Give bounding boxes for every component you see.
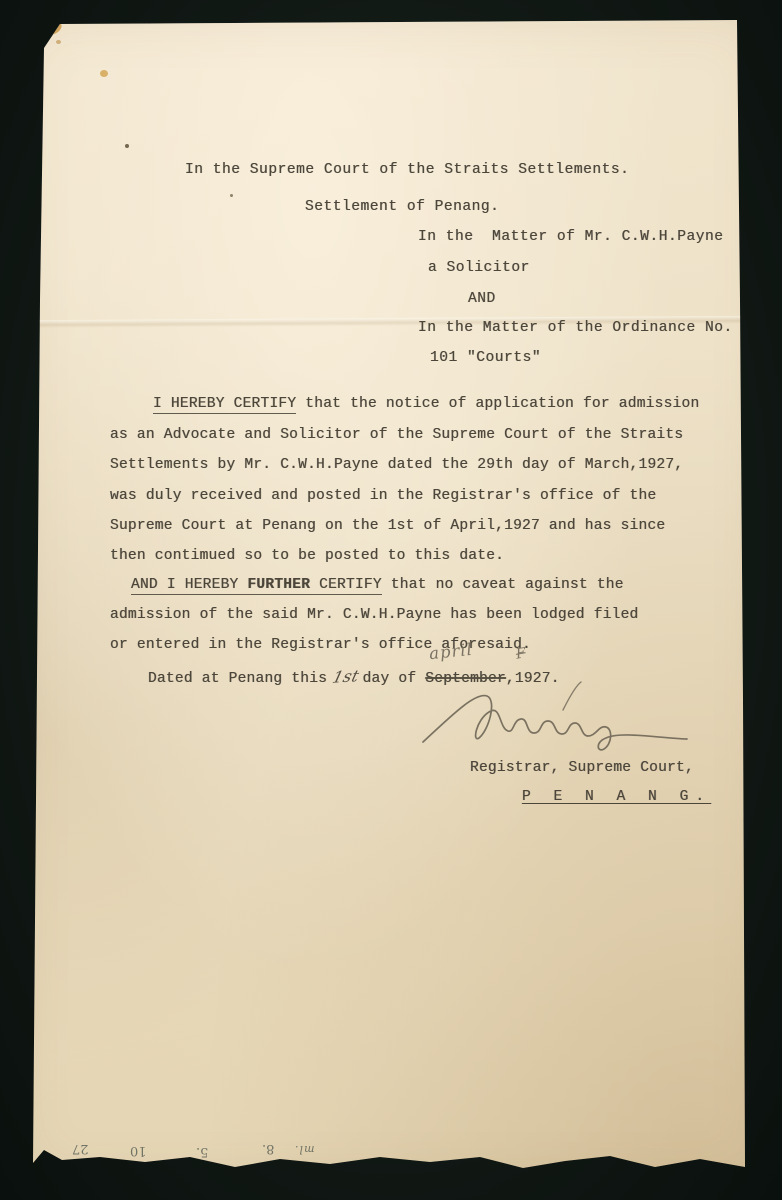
registrar-signature xyxy=(415,680,695,765)
certify2-line-1: AND I HEREBY FURTHER CERTIFY that no cav… xyxy=(131,578,624,593)
pencil-mark: 27 xyxy=(72,1141,89,1156)
heading-settlement-line: Settlement of Penang. xyxy=(305,200,499,215)
heading-matter-line-1: In the Matter of Mr. C.W.H.Payne xyxy=(418,230,724,245)
certify1-line-5: Supreme Court at Penang on the 1st of Ap… xyxy=(110,519,665,534)
ink-speck xyxy=(230,194,233,197)
heading-and-line: AND xyxy=(468,292,496,307)
certify2-lead-a: AND I HEREBY xyxy=(131,577,247,593)
certify1-line-2: as an Advocate and Solicitor of the Supr… xyxy=(110,428,683,443)
rust-stain xyxy=(56,40,61,44)
heading-matter-line-2: a Solicitor xyxy=(428,261,530,276)
certify2-line-2: admission of the said Mr. C.W.H.Payne ha… xyxy=(110,608,639,623)
photo-background: In the Supreme Court of the Straits Sett… xyxy=(0,0,782,1200)
certify1-line-4: was duly received and posted in the Regi… xyxy=(110,489,656,504)
dateline-prefix: Dated at Penang this xyxy=(148,671,327,687)
heading-ordinance-line: In the Matter of the Ordinance No. xyxy=(418,321,733,336)
certify2-lead-underlined: AND I HEREBY FURTHER CERTIFY xyxy=(131,577,382,595)
pencil-mark: 10 xyxy=(130,1143,147,1158)
document-paper: In the Supreme Court of the Straits Sett… xyxy=(0,0,782,1200)
handwritten-month-correction: april xyxy=(428,640,474,663)
certify2-lead-further: FURTHER xyxy=(247,577,310,593)
rust-stain xyxy=(42,19,63,37)
heading-court-line: In the Supreme Court of the Straits Sett… xyxy=(185,163,629,178)
registrar-role-line: Registrar, Supreme Court, xyxy=(470,761,694,776)
ink-speck xyxy=(125,144,129,148)
certify1-line1-rest: that the notice of application for admis… xyxy=(296,396,699,412)
certify2-line1-rest: that no caveat against the xyxy=(382,577,624,593)
certify2-lead-c: CERTIFY xyxy=(310,577,382,593)
penang-line: P E N A N G. xyxy=(522,790,711,805)
heading-courts-line: 101 "Courts" xyxy=(430,351,541,366)
handwritten-initial: F xyxy=(515,645,527,662)
handwritten-day: 1st xyxy=(331,668,361,686)
rust-stain xyxy=(100,70,108,77)
certify1-line-1: I HEREBY CERTIFY that the notice of appl… xyxy=(153,397,699,412)
certify1-lead-underlined: I HEREBY CERTIFY xyxy=(153,396,296,414)
pencil-mark: 5. xyxy=(196,1144,208,1159)
certify1-line-3: Settlements by Mr. C.W.H.Payne dated the… xyxy=(110,458,683,473)
pencil-mark: 8. xyxy=(262,1141,274,1156)
certify1-line-6: then contimued so to be posted to this d… xyxy=(110,549,504,564)
pencil-scribble: ml. xyxy=(294,1143,314,1156)
